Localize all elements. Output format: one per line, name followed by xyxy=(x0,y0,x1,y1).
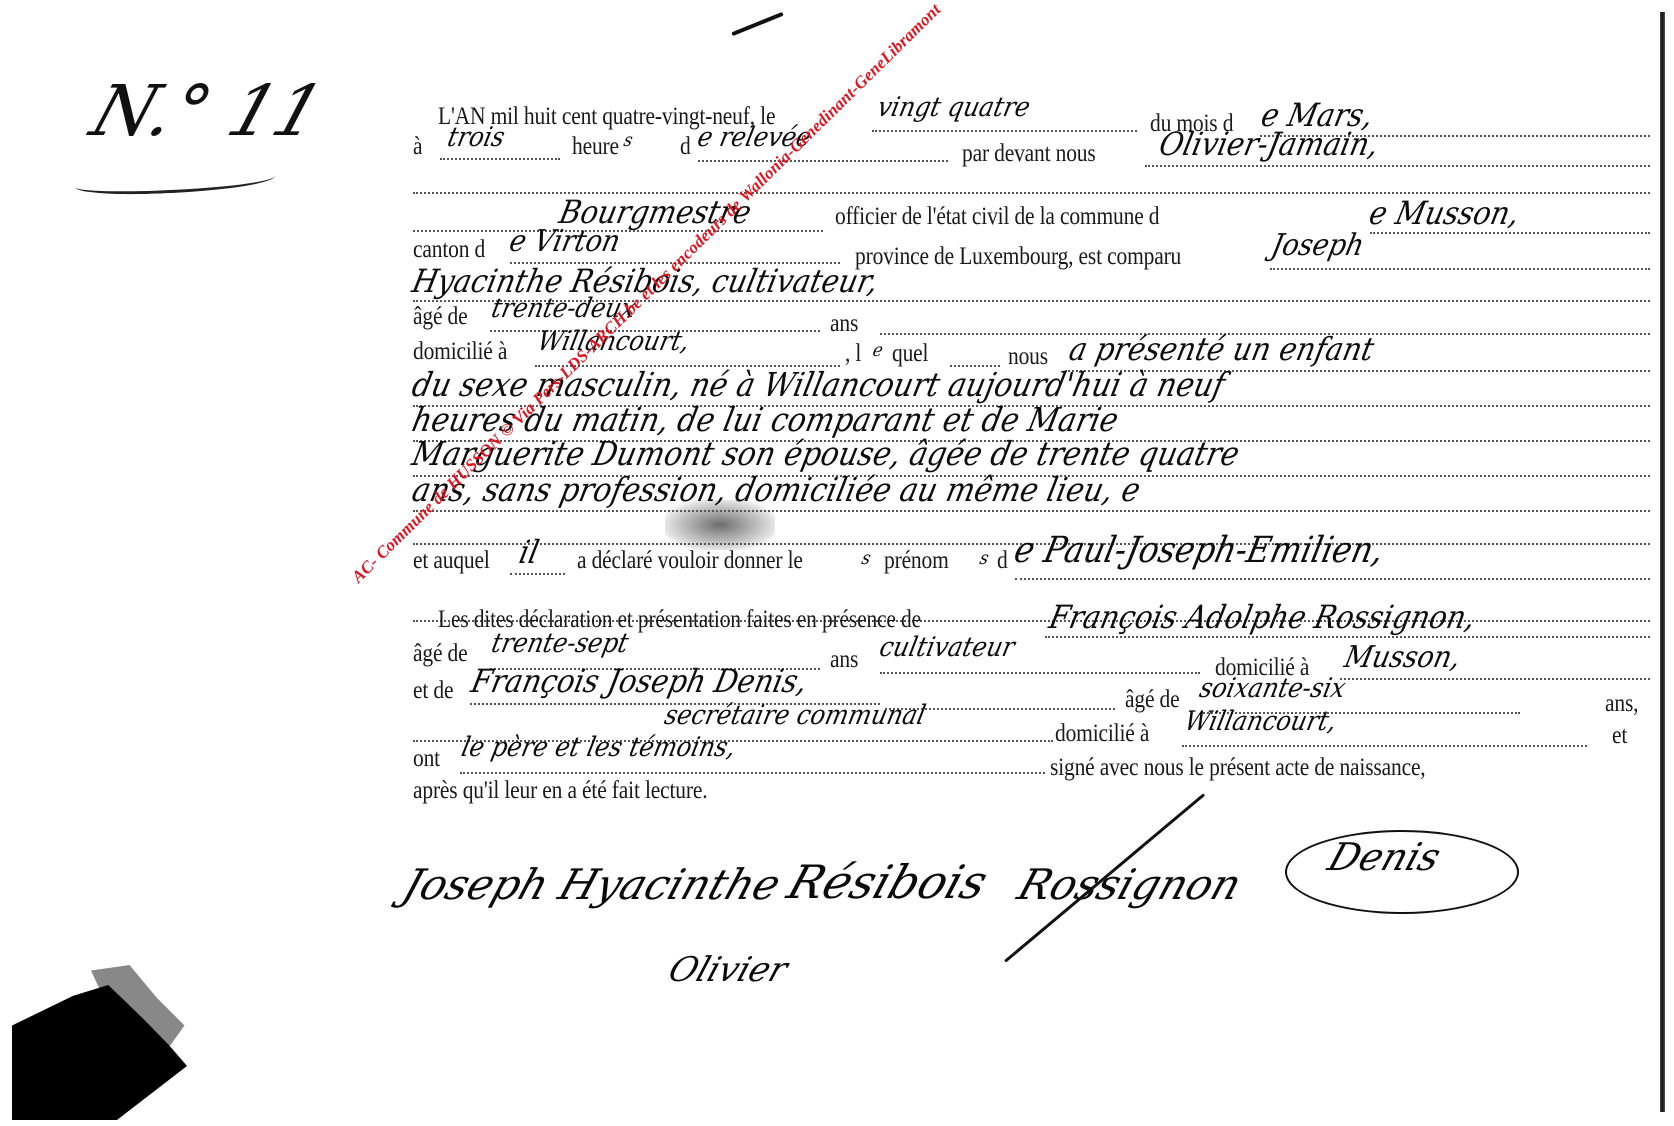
line4-province: province de Luxembourg, est comparu xyxy=(855,243,1181,271)
witness2-name: François Joseph Denis, xyxy=(468,662,811,700)
field-line xyxy=(460,772,1045,774)
witness1-name: François Adolphe Rossignon, xyxy=(1046,598,1479,636)
record-number: N.° 11 xyxy=(82,70,334,152)
line7-lequel-e: e xyxy=(871,340,885,361)
record-number-underline xyxy=(75,167,276,197)
officer-name: Olivier-Jamain, xyxy=(1156,125,1382,163)
line7-lequel: , l xyxy=(845,340,861,368)
field-line xyxy=(1182,745,1587,747)
line15-etde: et de xyxy=(413,677,453,705)
line12-d: d xyxy=(997,547,1008,575)
witness1-domicile: Musson, xyxy=(1341,640,1463,675)
field-line xyxy=(1340,678,1650,680)
line6-age-label: âgé de xyxy=(413,303,467,331)
line2-a: à xyxy=(413,133,422,161)
line6-ans: ans xyxy=(830,310,858,338)
line12-prenom: prénom xyxy=(884,547,949,575)
line1-day: vingt quatre xyxy=(875,92,1033,123)
witness2-age: soixante-six xyxy=(1197,673,1349,704)
line3-officier: officier de l'état civil de la commune d xyxy=(835,203,1159,231)
canton-name: e Virton xyxy=(506,224,623,259)
line12-declare: a déclaré vouloir donner le xyxy=(577,547,803,575)
line2-hour: trois xyxy=(445,122,508,153)
field-line xyxy=(510,573,565,575)
line18-lecture: après qu'il leur en a été fait lecture. xyxy=(413,777,707,805)
line2-d: d xyxy=(680,133,691,161)
mother-details: Marguerite Dumont son épouse, âgée de tr… xyxy=(409,434,1243,473)
field-line xyxy=(413,510,1650,512)
page-edge-border xyxy=(1660,12,1665,1112)
field-line xyxy=(1015,578,1650,580)
line14-ans: ans xyxy=(830,646,858,674)
line15-ans: ans, xyxy=(1605,690,1638,718)
presented-child: a présenté un enfant xyxy=(1066,330,1378,368)
witness2-domicile: Willancourt, xyxy=(1182,706,1340,737)
witness1-occupation: cultivateur xyxy=(877,632,1018,663)
line12-prenom-s: s xyxy=(978,548,991,569)
line17-ont: ont xyxy=(413,745,440,773)
father-first-name: Joseph xyxy=(1268,228,1367,263)
signature-rossignon: Rossignon xyxy=(1012,860,1248,909)
field-line xyxy=(698,160,948,162)
line7-quel: quel xyxy=(892,340,928,368)
signatories: le père et les témoins, xyxy=(459,732,739,763)
witness2-occupation: secrétaire communal xyxy=(662,700,929,731)
field-line xyxy=(1145,165,1650,167)
line7-domicile: domicilié à xyxy=(413,338,507,366)
signature-resibois: Résibois xyxy=(781,855,994,909)
mother-occupation-domicile: ans, sans profession, domiciliée au même… xyxy=(409,470,1144,509)
line15-age-label: âgé de xyxy=(1125,686,1179,714)
line2-heure: heure xyxy=(572,133,619,161)
signature-olivier: Olivier xyxy=(664,950,793,990)
line16-et: et xyxy=(1612,722,1627,750)
declarant-pronoun: il xyxy=(516,533,542,571)
line14-age-label: âgé de xyxy=(413,640,467,668)
field-line xyxy=(1370,232,1650,234)
line17-signe: signé avec nous le présent acte de naiss… xyxy=(1050,754,1426,782)
field-line xyxy=(1045,636,1650,638)
signature-joseph-hyacinthe: Joseph Hyacinthe xyxy=(397,860,787,909)
line2-plural: s xyxy=(622,130,635,151)
line12-les-s: s xyxy=(860,548,873,569)
line12-auquel: et auquel xyxy=(413,547,490,575)
line16-domicile: domicilié à xyxy=(1055,720,1149,748)
witness1-age: trente-sept xyxy=(489,628,632,659)
ink-stroke-mark xyxy=(731,12,783,36)
signature-denis: Denis xyxy=(1323,835,1446,879)
field-line xyxy=(872,130,1137,132)
line4-canton: canton d xyxy=(413,236,485,264)
commune-name: e Musson, xyxy=(1366,194,1523,232)
child-given-names: e Paul-Joseph-Emilien, xyxy=(1011,530,1388,571)
line2-par-devant: par devant nous xyxy=(962,140,1096,168)
field-line xyxy=(1270,268,1650,270)
field-line xyxy=(440,158,560,160)
field-line xyxy=(880,672,1200,674)
